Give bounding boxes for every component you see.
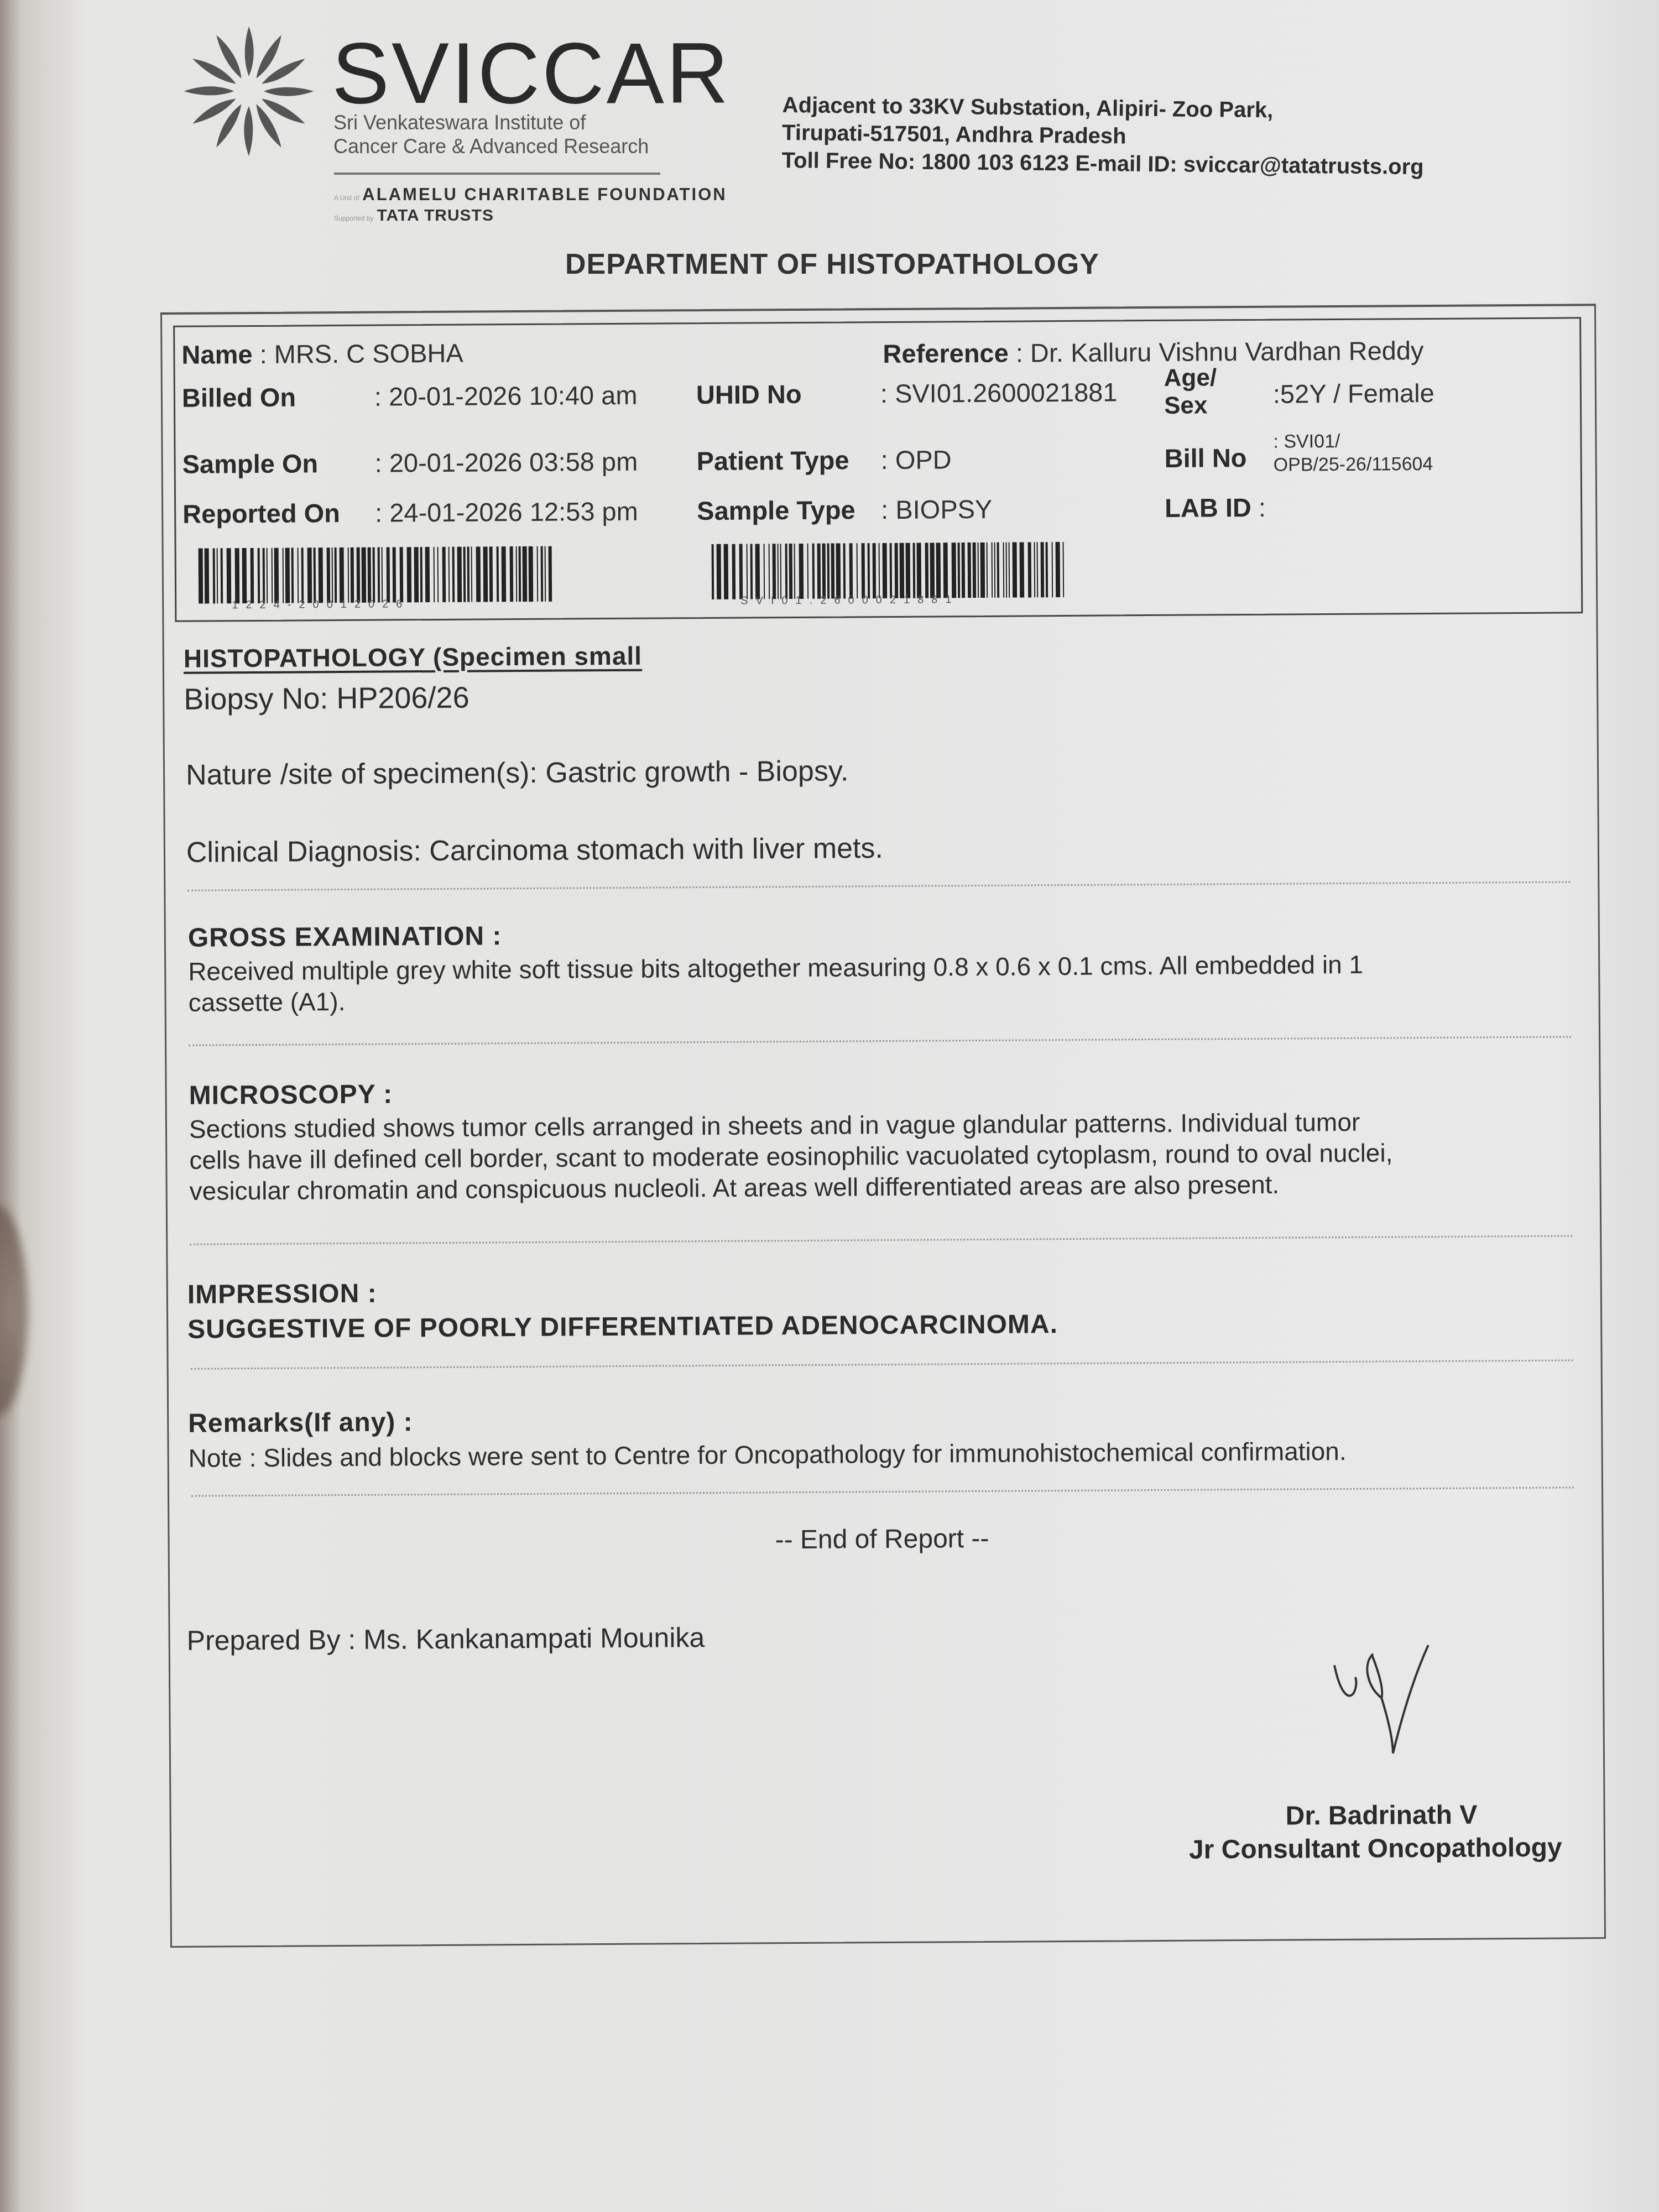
brand-divider [334,173,660,175]
bill-no-value: : SVI01/OPB/25-26/115604 [1273,429,1433,477]
report-title: HISTOPATHOLOGY (Specimen small [184,641,643,674]
impression-text: SUGGESTIVE OF POORLY DIFFERENTIATED ADEN… [187,1309,1058,1345]
reference-field: Reference : Dr. Kalluru Vishnu Vardhan R… [883,335,1423,369]
barcode-uhid-text: SVI01.2600021881 [740,593,959,607]
sample-on-value: : 20-01-2026 03:58 pm [375,446,638,478]
divider [187,881,1570,891]
foundation-line: A Unit ofALAMELU CHARITABLE FOUNDATION [334,185,727,205]
sviccar-logo-icon [177,22,321,160]
sample-type-value: : BIOPSY [881,494,992,525]
patient-name: MRS. C SOBHA [274,338,463,369]
end-of-report: -- End of Report -- [775,1524,989,1556]
sample-type-label: Sample Type [697,494,855,526]
gross-examination-text: Received multiple grey white soft tissue… [188,949,1363,1018]
brand-subtitle-line1: Sri Venkateswara Institute of [333,111,649,134]
brand-name: SVICCAR [332,30,731,117]
brand-subtitle: Sri Venkateswara Institute of Cancer Car… [333,111,649,158]
reference-label: Reference [883,338,1009,368]
uhid-value: : SVI01.2600021881 [880,377,1118,409]
patient-name-field: Name : MRS. C SOBHA [181,338,463,370]
report-frame: Name : MRS. C SOBHA Reference : Dr. Kall… [160,304,1606,1948]
age-sex-value: :52Y / Female [1273,378,1434,409]
remarks-title: Remarks(If any) : [188,1407,413,1438]
bill-no-label: Bill No [1164,442,1246,473]
signatory-name: Dr. Badrinath V [1285,1800,1477,1832]
lab-id-field: LAB ID : [1165,492,1266,523]
barcode-uhid [712,542,1068,599]
microscopy-text: Sections studied shows tumor cells arran… [189,1106,1393,1206]
patient-info-box: Name : MRS. C SOBHA Reference : Dr. Kall… [173,317,1583,622]
hospital-address: Adjacent to 33KV Substation, Alipiri- Zo… [781,91,1424,181]
trust-line: Supported byTATA TRUSTS [334,206,494,225]
trust-prefix: Supported by [334,215,373,222]
foundation-name: ALAMELU CHARITABLE FOUNDATION [362,185,727,204]
sample-on-label: Sample On [182,448,319,479]
report-page: SVICCAR Sri Venkateswara Institute of Ca… [0,0,1659,2212]
barcode-bill [199,546,555,604]
microscopy-title: MICROSCOPY : [189,1079,393,1110]
prepared-by: Prepared By : Ms. Kankanampati Mounika [187,1622,705,1656]
billed-on-label: Billed On [182,382,296,413]
divider [191,1486,1574,1496]
name-label: Name [181,340,252,369]
signature-icon [1329,1642,1473,1765]
patient-type-value: : OPD [880,444,951,475]
divider [189,1036,1571,1046]
age-sex-label: Age/Sex [1164,364,1217,420]
foundation-prefix: A Unit of [334,194,359,202]
trust-name: TATA TRUSTS [377,206,494,225]
clinical-diagnosis: Clinical Diagnosis: Carcinoma stomach wi… [186,833,883,868]
department-title: DEPARTMENT OF HISTOPATHOLOGY [565,248,1099,281]
divider [191,1359,1573,1369]
signatory-title: Jr Consultant Oncopathology [1189,1833,1562,1866]
billed-on-value: : 20-01-2026 10:40 am [374,380,638,412]
uhid-label: UHID No [696,379,802,410]
reported-on-label: Reported On [182,498,340,529]
brand-subtitle-line2: Cancer Care & Advanced Research [333,134,649,158]
barcode-bill-text: 1224-20012026 [232,598,410,612]
biopsy-number: Biopsy No: HP206/26 [184,682,469,715]
remarks-text: Note : Slides and blocks were sent to Ce… [188,1436,1346,1474]
patient-type-label: Patient Type [696,445,849,476]
divider [190,1235,1572,1245]
specimen-site: Nature /site of specimen(s): Gastric gro… [186,755,849,790]
impression-title: IMPRESSION : [187,1279,377,1310]
reference-doctor: Dr. Kalluru Vishnu Vardhan Reddy [1030,336,1424,367]
gross-examination-title: GROSS EXAMINATION : [188,921,502,953]
reported-on-value: : 24-01-2026 12:53 pm [375,496,638,528]
